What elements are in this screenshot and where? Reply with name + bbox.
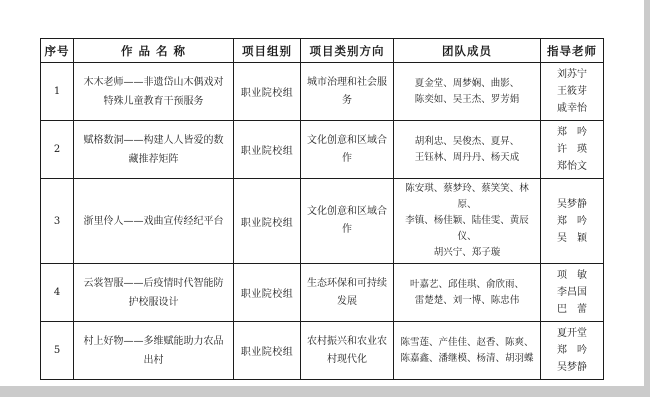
cell-title: 村上好物——多维赋能助力农品出村 <box>74 322 234 380</box>
members-line: 陈安琪、蔡梦玲、蔡笑笑、林原、 <box>397 181 537 213</box>
cell-members: 叶嘉艺、邱佳琪、俞欣雨、 雷楚楚、刘一博、陈忠伟 <box>394 264 541 322</box>
teacher-name: 夏开堂 <box>543 325 601 342</box>
teacher-name: 吴 颖 <box>543 230 601 247</box>
table-row: 4 云裳智服——后疫情时代智能防护校服设计 职业院校组 生态环保和可持续发展 叶… <box>41 264 604 322</box>
projects-table: 序号 作 品 名 称 项目组别 项目类别方向 团队成员 指导老师 1 木木老师—… <box>40 38 604 380</box>
members-line: 李镇、杨佳颖、陆佳雯、黄辰仪、 <box>397 213 537 245</box>
header-title: 作 品 名 称 <box>74 39 234 63</box>
cell-category: 农村振兴和农业农村现代化 <box>301 322 394 380</box>
members-line: 王钰林、周丹丹、杨天成 <box>397 150 537 166</box>
cell-no: 5 <box>41 322 74 380</box>
teacher-name: 郑怡文 <box>543 158 601 175</box>
teacher-name: 许 瑛 <box>543 141 601 158</box>
cell-teachers: 吴梦静 郑 吟 吴 颖 <box>541 179 604 264</box>
teacher-name: 项 敏 <box>543 267 601 284</box>
cell-members: 陈安琪、蔡梦玲、蔡笑笑、林原、 李镇、杨佳颖、陆佳雯、黄辰仪、 胡兴宁、郑子璇 <box>394 179 541 264</box>
cell-title: 赋格数洞——构建人人皆爱的数藏推荐矩阵 <box>74 121 234 179</box>
members-line: 叶嘉艺、邱佳琪、俞欣雨、 <box>397 277 537 293</box>
cell-group: 职业院校组 <box>234 322 301 380</box>
teacher-name: 巴 蕾 <box>543 301 601 318</box>
members-line: 胡兴宁、郑子璇 <box>397 245 537 261</box>
teacher-name: 刘苏宁 <box>543 66 601 83</box>
table-row: 3 浙里伶人——戏曲宣传经纪平台 职业院校组 文化创意和区域合作 陈安琪、蔡梦玲… <box>41 179 604 264</box>
teacher-name: 戚幸怡 <box>543 100 601 117</box>
cell-teachers: 项 敏 李昌国 巴 蕾 <box>541 264 604 322</box>
members-line: 陈奕如、吴王杰、罗芳娟 <box>397 92 537 108</box>
cell-category: 生态环保和可持续发展 <box>301 264 394 322</box>
members-line: 雷楚楚、刘一博、陈忠伟 <box>397 293 537 309</box>
teacher-name: 王筱芽 <box>543 83 601 100</box>
cell-no: 3 <box>41 179 74 264</box>
members-line: 胡利忠、吴俊杰、夏昇、 <box>397 134 537 150</box>
cell-teachers: 夏开堂 郑 吟 吴梦静 <box>541 322 604 380</box>
header-no: 序号 <box>41 39 74 63</box>
cell-group: 职业院校组 <box>234 179 301 264</box>
cell-title: 云裳智服——后疫情时代智能防护校服设计 <box>74 264 234 322</box>
header-group: 项目组别 <box>234 39 301 63</box>
table-row: 5 村上好物——多维赋能助力农品出村 职业院校组 农村振兴和农业农村现代化 陈雪… <box>41 322 604 380</box>
teacher-name: 吴梦静 <box>543 196 601 213</box>
cell-members: 夏金堂、周梦娴、曲影、 陈奕如、吴王杰、罗芳娟 <box>394 63 541 121</box>
cell-title: 木木老师——非遗岱山木偶戏对特殊儿童教育干预服务 <box>74 63 234 121</box>
members-line: 陈雪莲、产佳佳、赵香、陈爽、 <box>397 335 537 351</box>
cell-category: 城市治理和社会服务 <box>301 63 394 121</box>
teacher-name: 郑 吟 <box>543 342 601 359</box>
cell-category: 文化创意和区域合作 <box>301 179 394 264</box>
cell-group: 职业院校组 <box>234 63 301 121</box>
cell-teachers: 郑 吟 许 瑛 郑怡文 <box>541 121 604 179</box>
cell-no: 4 <box>41 264 74 322</box>
header-members: 团队成员 <box>394 39 541 63</box>
teacher-name: 李昌国 <box>543 284 601 301</box>
cell-members: 陈雪莲、产佳佳、赵香、陈爽、 陈嘉鑫、潘继模、杨清、胡羽蝶 <box>394 322 541 380</box>
members-line: 陈嘉鑫、潘继模、杨清、胡羽蝶 <box>397 351 537 367</box>
table-row: 1 木木老师——非遗岱山木偶戏对特殊儿童教育干预服务 职业院校组 城市治理和社会… <box>41 63 604 121</box>
cell-members: 胡利忠、吴俊杰、夏昇、 王钰林、周丹丹、杨天成 <box>394 121 541 179</box>
cell-title: 浙里伶人——戏曲宣传经纪平台 <box>74 179 234 264</box>
cell-category: 文化创意和区域合作 <box>301 121 394 179</box>
cell-teachers: 刘苏宁 王筱芽 戚幸怡 <box>541 63 604 121</box>
cell-no: 1 <box>41 63 74 121</box>
cell-no: 2 <box>41 121 74 179</box>
header-row: 序号 作 品 名 称 项目组别 项目类别方向 团队成员 指导老师 <box>41 39 604 63</box>
table-row: 2 赋格数洞——构建人人皆爱的数藏推荐矩阵 职业院校组 文化创意和区域合作 胡利… <box>41 121 604 179</box>
header-category: 项目类别方向 <box>301 39 394 63</box>
teacher-name: 郑 吟 <box>543 124 601 141</box>
cell-group: 职业院校组 <box>234 264 301 322</box>
cell-group: 职业院校组 <box>234 121 301 179</box>
header-teachers: 指导老师 <box>541 39 604 63</box>
document-page: 序号 作 品 名 称 项目组别 项目类别方向 团队成员 指导老师 1 木木老师—… <box>0 0 644 386</box>
members-line: 夏金堂、周梦娴、曲影、 <box>397 76 537 92</box>
teacher-name: 郑 吟 <box>543 213 601 230</box>
teacher-name: 吴梦静 <box>543 359 601 376</box>
